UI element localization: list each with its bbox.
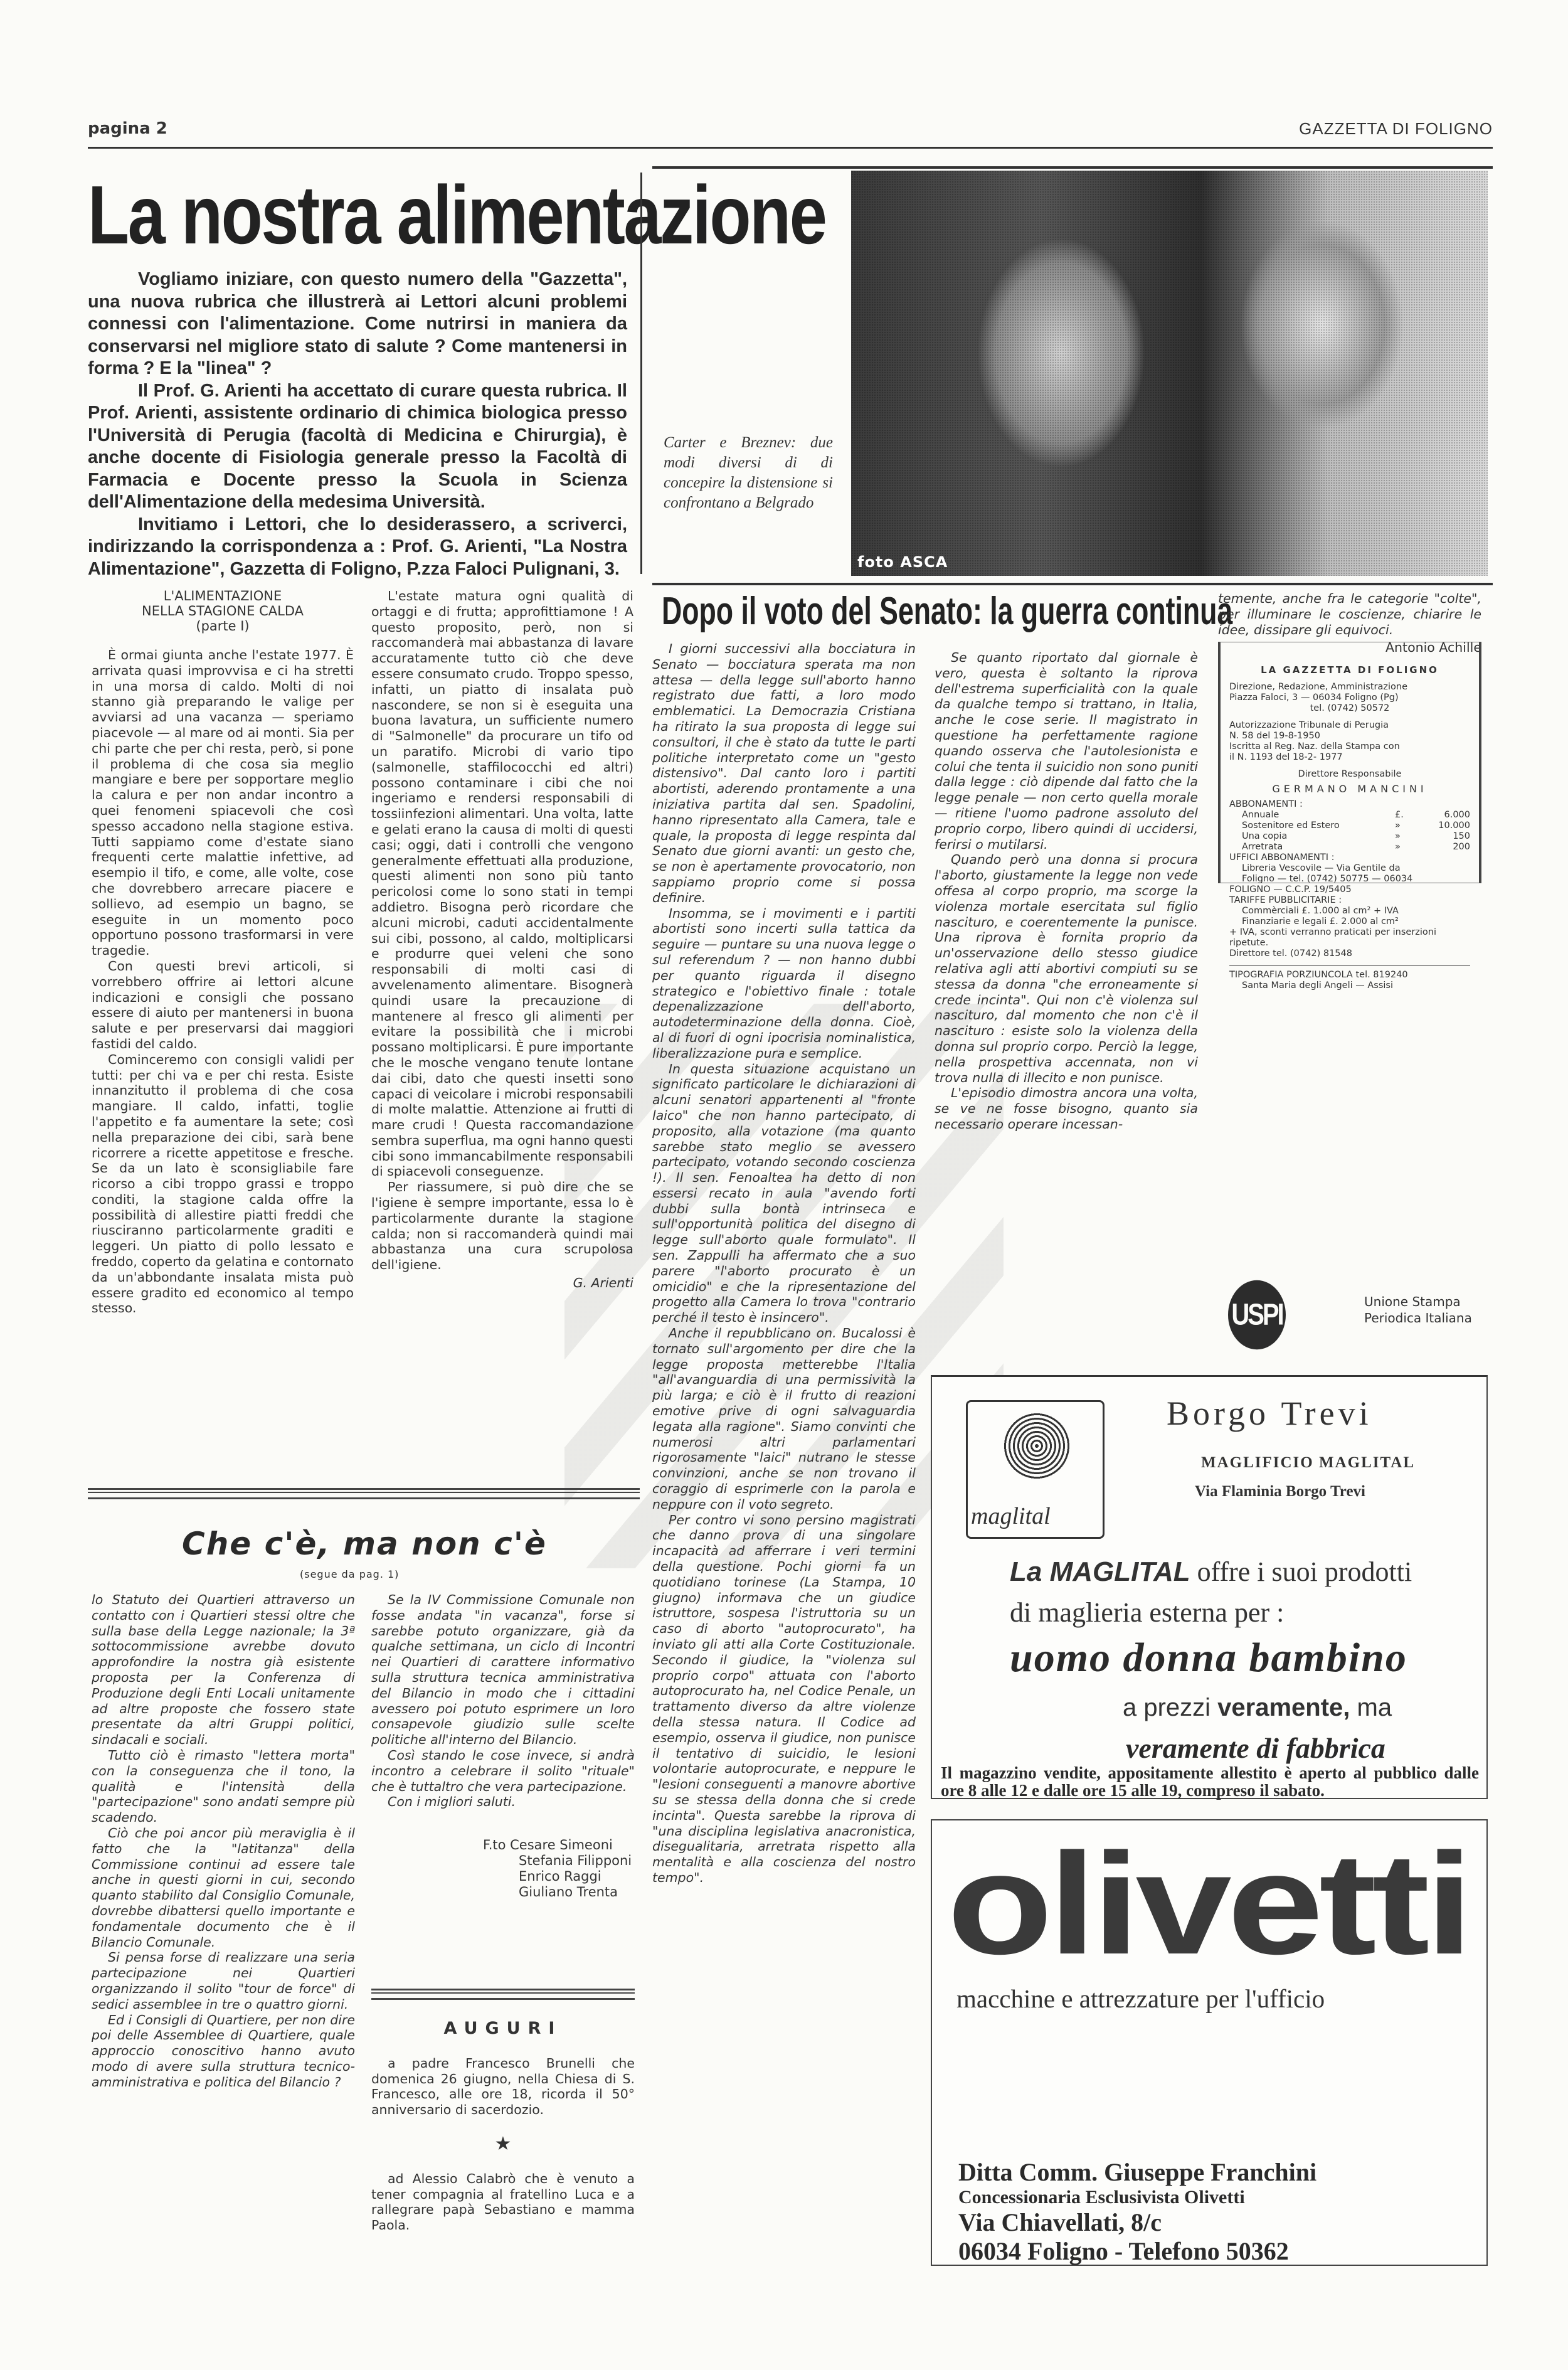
food-article-col1: L'ALIMENTAZIONE NELLA STAGIONE CALDA (pa… [92, 588, 354, 1316]
paragraph: In questa situazione acquistano un signi… [652, 1061, 916, 1326]
colophon-title: LA GAZZETTA DI FOLIGNO [1229, 665, 1470, 676]
maglital-logo-text: maglital [971, 1502, 1051, 1530]
paragraph: Si pensa forse di realizzare una seria p… [92, 1950, 355, 2012]
page-number: pagina 2 [88, 119, 167, 138]
paragraph: Quando però una donna si procura l'abort… [935, 852, 1198, 1085]
newspaper-name: GAZZETTA DI FOLIGNO [1299, 119, 1493, 139]
subscription-row: Arretrata»200 [1229, 842, 1470, 853]
olivetti-tagline: macchine e attrezzature per l'ufficio [956, 1984, 1325, 2014]
senate-article-col2: Se quanto riportato dal giornale è vero,… [935, 650, 1198, 1132]
continued-from: (segue da pag. 1) [300, 1568, 399, 1580]
yarn-ball-icon [1002, 1411, 1071, 1480]
intro-paragraph: Il Prof. G. Arienti ha accettato di cura… [88, 380, 627, 514]
che-article-title: Che c'è, ma non c'è [182, 1526, 547, 1562]
auguri-item: a padre Francesco Brunelli che domenica … [371, 2056, 635, 2118]
intro-paragraph: Invitiamo i Lettori, che lo desiderasser… [88, 514, 627, 581]
maglital-offer-line2: di maglieria esterna per : [1010, 1597, 1284, 1629]
maglital-hours: Il magazzino vendite, appositamente alle… [941, 1764, 1479, 1799]
food-article-col2: L'estate matura ogni qualità di ortaggi … [371, 588, 633, 1291]
column-divider [640, 173, 642, 574]
che-article-col1: lo Statuto dei Quartieri attraverso un c… [92, 1592, 355, 2090]
food-subhead: L'ALIMENTAZIONE NELLA STAGIONE CALDA (pa… [92, 588, 354, 634]
auguri-title: AUGURI [371, 2021, 635, 2037]
paragraph: Con i migliori saluti. [371, 1794, 635, 1810]
paragraph: Se quanto riportato dal giornale è vero,… [935, 650, 1198, 852]
paragraph: lo Statuto dei Quartieri attraverso un c… [92, 1592, 355, 1748]
paragraph: Con questi brevi articoli, si vorrebbero… [92, 959, 354, 1052]
star-icon: ★ [371, 2137, 635, 2152]
photo-credit: foto ASCA [857, 553, 948, 571]
auguri-item: ad Alessio Calabrò che è venuto a tener … [371, 2171, 635, 2233]
maglital-offer: La MAGLITAL offre i suoi prodotti [1010, 1556, 1412, 1588]
paragraph: temente, anche fra le categorie "colte",… [1218, 591, 1481, 637]
photo-carter-breznev [851, 171, 1488, 576]
paragraph: È ormai giunta anche l'estate 1977. È ar… [92, 647, 354, 959]
paragraph: Se la IV Commissione Comunale non fosse … [371, 1592, 635, 1748]
food-article-title: La nostra alimentazione [88, 168, 551, 268]
food-signature: G. Arienti [371, 1275, 633, 1291]
senate-article-title: Dopo il voto del Senato: la guerra conti… [662, 590, 1232, 634]
paragraph: Per contro vi sono persino magistrati ch… [652, 1512, 916, 1886]
auguri-section: AUGURI a padre Francesco Brunelli che do… [371, 1995, 635, 2233]
subscription-row: Annuale£.6.000 [1229, 810, 1470, 821]
maglital-address: Via Flaminia Borgo Trevi [1195, 1483, 1365, 1501]
paragraph: L'estate matura ogni qualità di ortaggi … [371, 588, 633, 1179]
uspi-label: Unione Stampa Periodica Italiana [1364, 1294, 1472, 1326]
director-name: GERMANO MANCINI [1229, 784, 1470, 794]
header-rule [88, 147, 1493, 149]
olivetti-dealer-contact: Ditta Comm. Giuseppe Franchini Concessio… [958, 2158, 1316, 2266]
paragraph: Ed i Consigli di Quartiere, per non dire… [92, 2012, 355, 2090]
paragraph: Anche il repubblicano on. Bucalossi è to… [652, 1326, 916, 1512]
subscription-row: Una copia»150 [1229, 831, 1470, 842]
che-article-col2: Se la IV Commissione Comunale non fosse … [371, 1592, 635, 1900]
paragraph: L'episodio dimostra ancora una volta, se… [935, 1085, 1198, 1132]
photo-caption: Carter e Breznev: due modi diversi di di… [664, 433, 833, 513]
signatures: F.to Cesare Simeoni Stefania Filipponi E… [371, 1837, 635, 1900]
uspi-logo-icon: USPI [1228, 1280, 1286, 1349]
paragraph: Insomma, se i movimenti e i partiti abor… [652, 906, 916, 1061]
maglital-prices: a prezzi veramente, ma [1123, 1694, 1392, 1722]
intro-paragraph: Vogliamo iniziare, con questo numero del… [88, 268, 627, 380]
olivetti-logo: olivetti [947, 1832, 1469, 1976]
paragraph: Tutto ciò è rimasto "lettera morta" con … [92, 1748, 355, 1825]
section-rule [88, 1488, 640, 1499]
maglital-factory: veramente di fabbrica [1126, 1731, 1385, 1765]
paragraph: Così stando le cose invece, si andrà inc… [371, 1748, 635, 1794]
maglital-location-title: Borgo Trevi [1167, 1394, 1372, 1433]
food-article-intro: Vogliamo iniziare, con questo numero del… [88, 268, 627, 580]
paragraph: Per riassumere, si può dire che se l'igi… [371, 1179, 633, 1273]
paragraph: I giorni successivi alla bocciatura in S… [652, 641, 916, 906]
senate-article-col1: I giorni successivi alla bocciatura in S… [652, 641, 916, 1886]
subscription-row: Sostenitore ed Estero»10.000 [1229, 821, 1470, 831]
maglital-targets: uomo donna bambino [1010, 1634, 1407, 1682]
colophon-box: LA GAZZETTA DI FOLIGNO Direzione, Redazi… [1218, 642, 1481, 883]
divider [1229, 965, 1470, 966]
maglital-company: MAGLIFICIO MAGLITAL [1201, 1454, 1415, 1472]
paragraph: Ciò che poi ancor più meraviglia è il fa… [92, 1825, 355, 1950]
paragraph: Cominceremo con consigli validi per tutt… [92, 1052, 354, 1317]
